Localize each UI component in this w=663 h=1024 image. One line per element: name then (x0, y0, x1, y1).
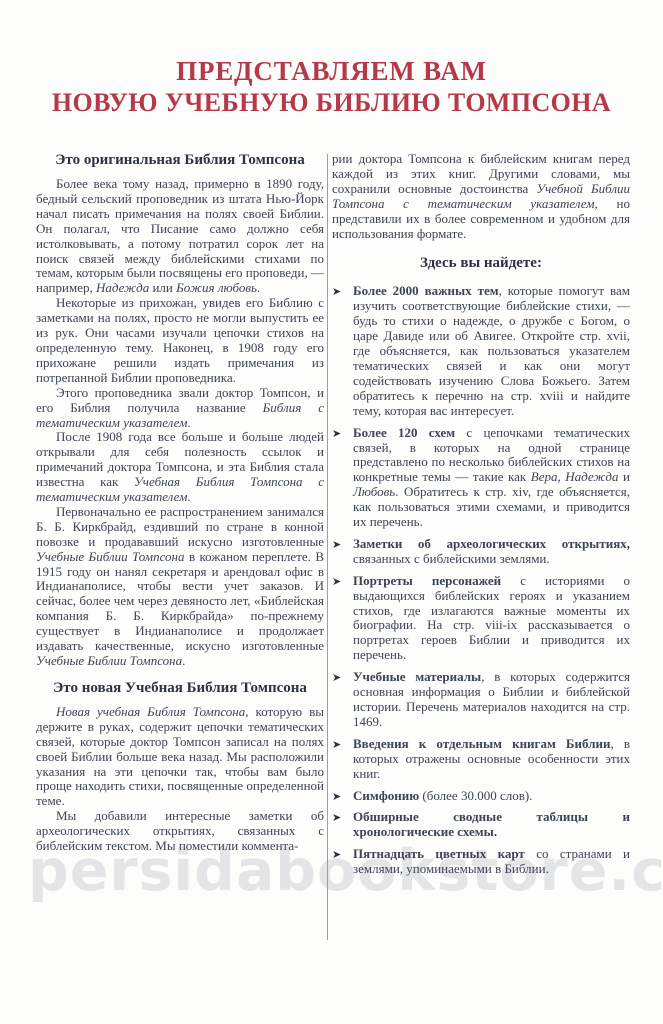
features-list: ➤Более 2000 важных тем, которые помогут … (332, 284, 630, 877)
text-run: Более 2000 важных тем (353, 283, 499, 298)
two-column-layout: Это оригинальная Библия Томпсона Более в… (36, 152, 630, 940)
text-run: Вера (531, 469, 558, 484)
section-new-paragraphs: Новая учебная Библия Томпсона, которую в… (36, 705, 324, 854)
text-run: . (182, 653, 185, 668)
arrow-bullet-icon: ➤ (332, 671, 341, 686)
text-run: Симфонию (353, 788, 419, 803)
text-run: , которые помогут вам изучить соответств… (353, 283, 630, 417)
text-run: (более 30.000 слов). (419, 788, 532, 803)
list-item: ➤Более 2000 важных тем, которые помогут … (332, 284, 630, 418)
title-line-2: НОВУЮ УЧЕБНУЮ БИБЛИЮ ТОМПСОНА (0, 88, 663, 119)
right-column: рии доктора Томпсона к библейским книгам… (332, 152, 630, 940)
paragraph: Более века тому назад, примерно в 1890 г… (36, 177, 324, 296)
title-line-1: ПРЕДСТАВЛЯЕМ ВАМ (0, 56, 663, 88)
text-run: Пятнадцать цветных карт (353, 846, 525, 861)
paragraph: Первоначально ее распространением занима… (36, 505, 324, 669)
paragraph: рии доктора Томпсона к библейским книгам… (332, 152, 630, 241)
text-run: Новая учебная Библия Томпсона (56, 704, 245, 719)
arrow-bullet-icon: ➤ (332, 790, 341, 805)
arrow-bullet-icon: ➤ (332, 738, 341, 753)
list-item-text: Более 2000 важных тем, которые помогут в… (353, 283, 630, 417)
text-run: . (257, 280, 260, 295)
text-run: . (187, 489, 190, 504)
list-item: ➤Более 120 схем с цепочками тематических… (332, 426, 630, 530)
column-divider (327, 154, 328, 940)
page-title: ПРЕДСТАВЛЯЕМ ВАМ НОВУЮ УЧЕБНУЮ БИБЛИЮ ТО… (0, 0, 663, 119)
list-item: ➤Обширные сводные таблицы и хронологичес… (332, 810, 630, 840)
text-run: Мы добавили интересные заметки об археол… (36, 808, 324, 853)
list-item: ➤Введения к отдельным книгам Библии, в к… (332, 737, 630, 782)
text-run: Божия любовь (176, 280, 257, 295)
list-item-text: Учебные материалы, в которых содержится … (353, 669, 630, 729)
list-item-text: Симфонию (более 30.000 слов). (353, 788, 532, 803)
text-run: Первоначально ее распространением занима… (36, 504, 324, 549)
heading-here-you-find: Здесь вы найдете: (332, 255, 630, 272)
text-run: Некоторые из прихожан, увидев его Библию… (36, 295, 324, 385)
text-run: или (149, 280, 176, 295)
text-run: Учебные Библии Томпсона (36, 549, 185, 564)
text-run: Учебные материалы (353, 669, 481, 684)
list-item: ➤Портреты персонажей с историями о выдаю… (332, 574, 630, 663)
arrow-bullet-icon: ➤ (332, 538, 341, 553)
text-run: Надежда (565, 469, 618, 484)
text-run: и (619, 469, 630, 484)
heading-original-bible: Это оригинальная Библия Томпсона (36, 152, 324, 169)
text-run: связанных с библейскими землями. (353, 551, 550, 566)
paragraph: Этого проповедника звали доктор Томпсон,… (36, 386, 324, 431)
list-item-text: Обширные сводные таблицы и хронологическ… (353, 809, 630, 839)
text-run: Заметки об археологических открытиях, (353, 536, 630, 551)
text-run: Более века тому назад, примерно в 1890 г… (36, 176, 324, 295)
text-run: . (187, 415, 190, 430)
text-run: , которую вы держите в руках, содержит ц… (36, 704, 324, 808)
heading-new-bible: Это новая Учебная Библия Томпсона (36, 680, 324, 697)
text-run: Надежда (96, 280, 149, 295)
text-run: Обширные сводные таблицы и хронологическ… (353, 809, 630, 839)
paragraph: После 1908 года все больше и больше люде… (36, 430, 324, 505)
paragraph: Мы добавили интересные заметки об археол… (36, 809, 324, 854)
arrow-bullet-icon: ➤ (332, 285, 341, 300)
paragraph: Некоторые из прихожан, увидев его Библию… (36, 296, 324, 385)
list-item: ➤Заметки об археологических открытиях, с… (332, 537, 630, 567)
text-run: . Обратитесь к стр. xiv, где объясняется… (353, 484, 630, 529)
text-run: в кожаном переплете. В 1915 году он наня… (36, 549, 324, 653)
list-item-text: Более 120 схем с цепочками тематических … (353, 425, 630, 529)
text-run: Портреты персонажей (353, 573, 501, 588)
arrow-bullet-icon: ➤ (332, 575, 341, 590)
arrow-bullet-icon: ➤ (332, 427, 341, 442)
text-run: Учебные Библии Томпсона (36, 653, 182, 668)
list-item: ➤Симфонию (более 30.000 слов). (332, 789, 630, 804)
list-item-text: Портреты персонажей с историями о выдающ… (353, 573, 630, 663)
list-item-text: Заметки об археологических открытиях, св… (353, 536, 630, 566)
book-page: persidabookstore.com ПРЕДСТАВЛЯЕМ ВАМ НО… (0, 0, 663, 1024)
list-item: ➤Пятнадцать цветных карт со странами и з… (332, 847, 630, 877)
list-item: ➤Учебные материалы, в которых содержится… (332, 670, 630, 730)
text-run: Введения к отдельным книгам Библии (353, 736, 610, 751)
list-item-text: Пятнадцать цветных карт со странами и зе… (353, 846, 630, 876)
paragraph: Новая учебная Библия Томпсона, которую в… (36, 705, 324, 809)
intro-continuation: рии доктора Томпсона к библейским книгам… (332, 152, 630, 241)
section-original-paragraphs: Более века тому назад, примерно в 1890 г… (36, 177, 324, 669)
text-run: Любовь (353, 484, 395, 499)
text-run: Более 120 схем (353, 425, 455, 440)
list-item-text: Введения к отдельным книгам Библии, в ко… (353, 736, 630, 781)
left-column: Это оригинальная Библия Томпсона Более в… (36, 152, 324, 940)
arrow-bullet-icon: ➤ (332, 848, 341, 863)
arrow-bullet-icon: ➤ (332, 811, 341, 826)
